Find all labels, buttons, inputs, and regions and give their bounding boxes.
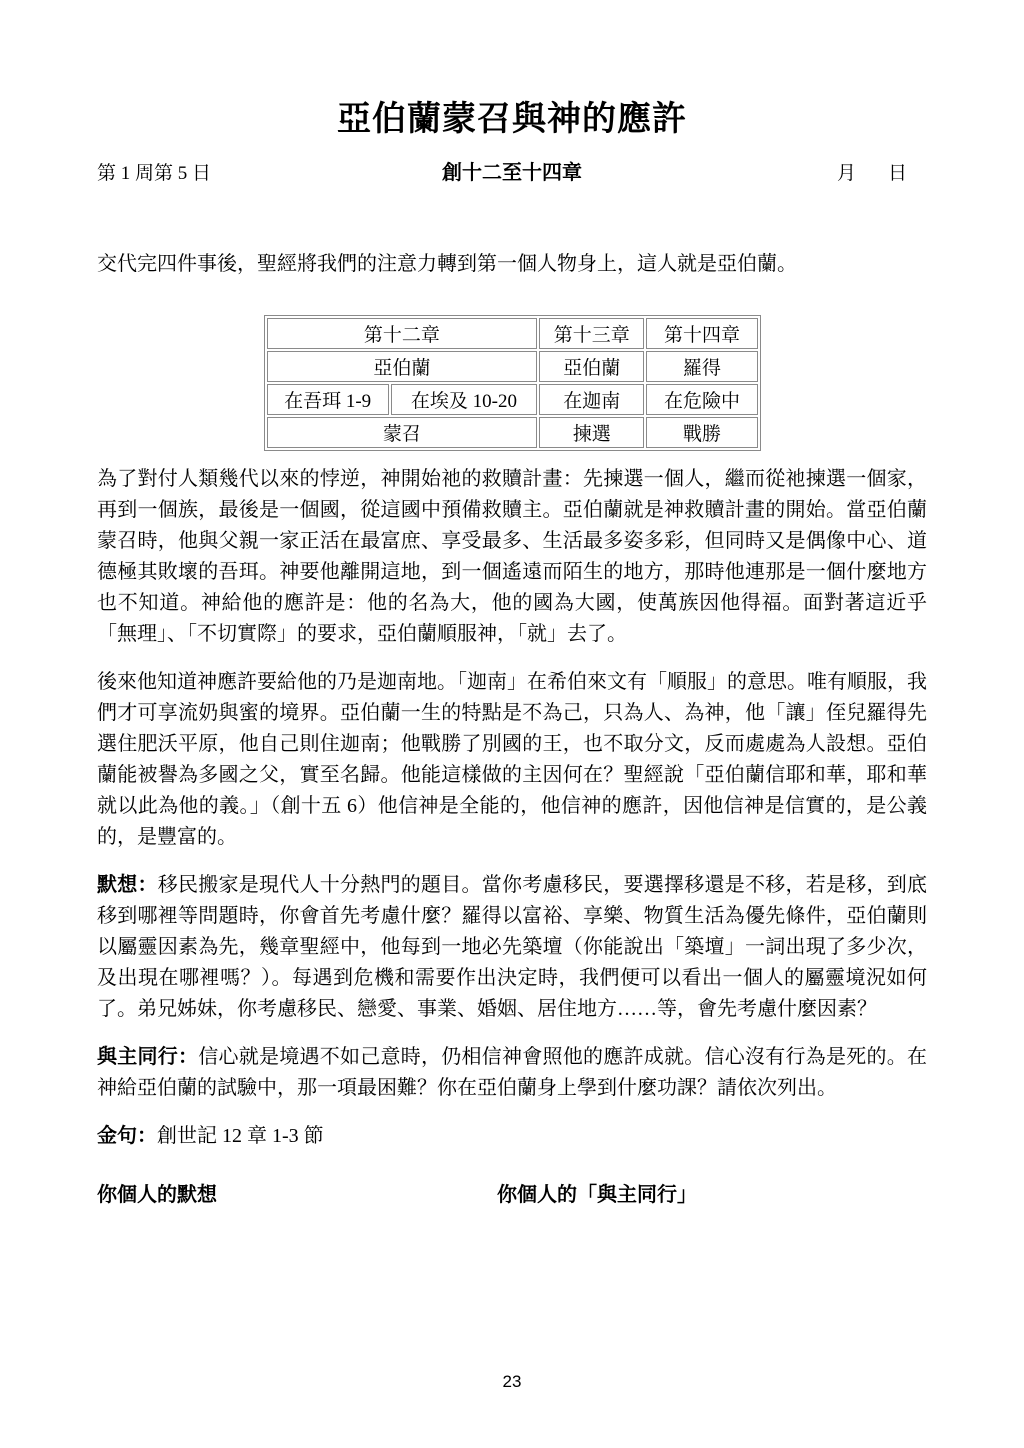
table-cell: 第十四章 <box>646 318 757 349</box>
redemption-plan-paragraph: 為了對付人類幾代以來的悖逆，神開始祂的救贖計畫：先揀選一個人，繼而從祂揀選一個家… <box>97 464 927 650</box>
table-cell: 戰勝 <box>646 417 757 448</box>
table-cell: 亞伯蘭 <box>539 351 644 382</box>
personal-section-headers: 你個人的默想 你個人的「與主同行」 <box>97 1178 927 1204</box>
table-cell: 羅得 <box>646 351 757 382</box>
day-label: 日 <box>888 158 907 185</box>
table-cell: 在危險中 <box>646 384 757 415</box>
golden-verse-reference: 創世記 12 章 1-3 節 <box>157 1125 324 1147</box>
page-title: 亞伯蘭蒙召與神的應許 <box>97 0 927 140</box>
golden-verse-label: 金句： <box>97 1125 157 1147</box>
walk-with-lord-label: 與主同行： <box>97 1046 198 1068</box>
golden-verse-line: 金句：創世記 12 章 1-3 節 <box>97 1121 927 1152</box>
walk-with-lord-paragraph: 與主同行：信心就是境遇不如己意時，仍相信神會照他的應許成就。信心沒有行為是死的。… <box>97 1042 927 1104</box>
chapter-table-wrapper: 第十二章 第十三章 第十四章 亞伯蘭 亞伯蘭 羅得 在吾珥 1-9 在埃及 10… <box>97 315 927 451</box>
sub-header: 第 1 周第 5 日 創十二至十四章 月 日 <box>97 156 927 185</box>
chapter-overview-table: 第十二章 第十三章 第十四章 亞伯蘭 亞伯蘭 羅得 在吾珥 1-9 在埃及 10… <box>264 315 761 451</box>
table-cell: 在埃及 10-20 <box>391 384 537 415</box>
table-cell: 揀選 <box>539 417 644 448</box>
canaan-paragraph: 後來他知道神應許要給他的乃是迦南地。「迦南」在希伯來文有「順服」的意思。唯有順服… <box>97 667 927 853</box>
page-content: 亞伯蘭蒙召與神的應許 第 1 周第 5 日 創十二至十四章 月 日 交代完四件事… <box>0 0 1024 1204</box>
meditation-text: 移民搬家是現代人十分熱門的題目。當你考慮移民，要選擇移還是不移，若是移，到底移到… <box>97 874 927 1020</box>
table-cell: 在迦南 <box>539 384 644 415</box>
table-row: 在吾珥 1-9 在埃及 10-20 在迦南 在危險中 <box>267 384 758 415</box>
table-cell: 第十三章 <box>539 318 644 349</box>
page-number: 23 <box>0 1372 1024 1392</box>
week-day-label: 第 1 周第 5 日 <box>97 158 442 185</box>
table-row: 亞伯蘭 亞伯蘭 羅得 <box>267 351 758 382</box>
meditation-label: 默想： <box>97 874 158 896</box>
meditation-paragraph: 默想：移民搬家是現代人十分熱門的題目。當你考慮移民，要選擇移還是不移，若是移，到… <box>97 870 927 1025</box>
table-row: 第十二章 第十三章 第十四章 <box>267 318 758 349</box>
table-row: 蒙召 揀選 戰勝 <box>267 417 758 448</box>
passage-reference: 創十二至十四章 <box>442 156 582 185</box>
table-cell: 蒙召 <box>267 417 538 448</box>
intro-paragraph: 交代完四件事後，聖經將我們的注意力轉到第一個人物身上，這人就是亞伯蘭。 <box>97 249 927 280</box>
date-fill-in: 月 日 <box>582 158 927 185</box>
table-cell: 亞伯蘭 <box>267 351 538 382</box>
table-cell: 第十二章 <box>267 318 538 349</box>
personal-meditation-header: 你個人的默想 <box>97 1184 217 1206</box>
document-page: 亞伯蘭蒙召與神的應許 第 1 周第 5 日 創十二至十四章 月 日 交代完四件事… <box>0 0 1024 1448</box>
personal-walk-header: 你個人的「與主同行」 <box>497 1178 697 1207</box>
month-label: 月 <box>837 158 856 185</box>
table-cell: 在吾珥 1-9 <box>267 384 389 415</box>
walk-with-lord-text: 信心就是境遇不如己意時，仍相信神會照他的應許成就。信心沒有行為是死的。在神給亞伯… <box>97 1046 927 1099</box>
